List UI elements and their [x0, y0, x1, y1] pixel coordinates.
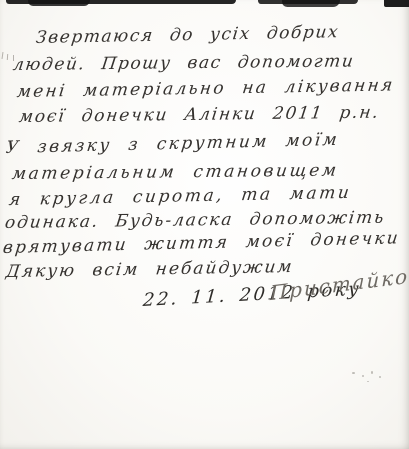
pencil-speck [352, 372, 355, 374]
handwritten-line: Звертаюся до усіх добрих [36, 22, 340, 48]
handwritten-text: мені матеріально на лікування [16, 75, 396, 102]
scanned-letter-page: Звертаюся до усіх добрих людей. Прошу ва… [0, 0, 409, 449]
handwritten-line: мені матеріально на лікування [17, 75, 395, 102]
pencil-speck [379, 376, 381, 378]
handwritten-text: матеріальним становищем [11, 161, 340, 184]
handwritten-text: людей. Прошу вас допомогти [12, 51, 356, 75]
handwritten-line: Дякую всім небайдужим [6, 257, 294, 282]
handwritten-line: моєї донечки Алінки 2011 р.н. [19, 103, 380, 127]
pen-tick-mark [2, 52, 4, 59]
handwritten-line: матеріальним становищем [12, 161, 339, 184]
handwritten-text: я кругла сирота, та мати [8, 183, 353, 210]
pen-tick-mark [7, 54, 8, 60]
handwritten-text: врятувати життя моєї донечки [2, 228, 401, 258]
handwritten-text: У звязку з скрутним моїм [5, 130, 340, 158]
handwritten-line: людей. Прошу вас допомогти [13, 51, 355, 75]
handwritten-line: У звязку з скрутним моїм [6, 130, 340, 158]
pencil-speck [367, 381, 369, 382]
scan-artifact-top-left-blob [28, 0, 90, 6]
handwritten-line: я кругла сирота, та мати [9, 183, 352, 210]
scan-artifact-top-middle-blob [282, 0, 340, 7]
handwritten-text: Звертаюся до усіх добрих [35, 22, 341, 48]
pencil-speck [371, 371, 373, 374]
handwritten-text: моєї донечки Алінки 2011 р.н. [18, 103, 381, 127]
handwritten-line: врятувати життя моєї донечки [3, 228, 400, 258]
pencil-speck [362, 375, 364, 377]
handwritten-text: Дякую всім небайдужим [5, 257, 295, 282]
scan-artifact-top-right-block [384, 0, 409, 7]
